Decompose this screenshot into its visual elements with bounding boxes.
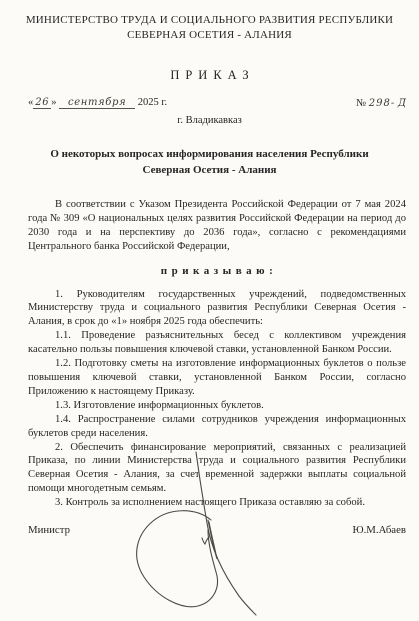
doc-date: «26» сентября 2025 г.: [28, 97, 167, 109]
order-item-1-4: 1.4. Распространение силами сотрудников …: [28, 413, 406, 441]
order-item-1-1: 1.1. Проведение разъяснительных бесед с …: [28, 329, 406, 357]
date-number-row: «26» сентября 2025 г. № 298- Д: [28, 97, 407, 109]
preamble-paragraph: В соответствии с Указом Президента Росси…: [28, 198, 406, 254]
handwritten-series-letter: Д: [398, 98, 407, 109]
signer-name: Ю.М.Абаев: [352, 524, 406, 536]
handwritten-month: сентября: [59, 97, 135, 109]
handwritten-day: 26: [33, 97, 51, 109]
ministry-header-line1: МИНИСТЕРСТВО ТРУДА И СОЦИАЛЬНОГО РАЗВИТИ…: [0, 13, 419, 28]
order-item-1-2: 1.2. Подготовку сметы на изготовление ин…: [28, 357, 406, 399]
doc-type-heading: ПРИКАЗ: [0, 68, 419, 83]
signature-row: Министр Ю.М.Абаев: [28, 524, 406, 536]
scanned-order-page: МИНИСТЕРСТВО ТРУДА И СОЦИАЛЬНОГО РАЗВИТИ…: [0, 0, 419, 621]
order-title: О некоторых вопросах информирования насе…: [36, 147, 384, 178]
decree-word: приказываю:: [28, 265, 406, 279]
doc-number: № 298- Д: [356, 98, 407, 109]
order-item-1: 1. Руководителям государственных учрежде…: [28, 288, 406, 330]
city-line: г. Владикавказ: [0, 115, 419, 126]
ministry-header: МИНИСТЕРСТВО ТРУДА И СОЦИАЛЬНОГО РАЗВИТИ…: [0, 0, 419, 42]
order-item-1-3: 1.3. Изготовление информационных буклето…: [28, 399, 406, 413]
date-year: 2025 г.: [138, 97, 167, 108]
order-item-3: 3. Контроль за исполнением настоящего Пр…: [28, 496, 406, 510]
signer-position: Министр: [28, 524, 70, 536]
ministry-header-line2: СЕВЕРНАЯ ОСЕТИЯ - АЛАНИЯ: [0, 28, 419, 43]
number-sign: №: [356, 98, 366, 109]
date-quote-close: »: [51, 97, 56, 108]
order-item-2: 2. Обеспечить финансирование мероприятий…: [28, 441, 406, 497]
handwritten-number: 298-: [369, 98, 395, 109]
order-body: В соответствии с Указом Президента Росси…: [28, 198, 406, 510]
